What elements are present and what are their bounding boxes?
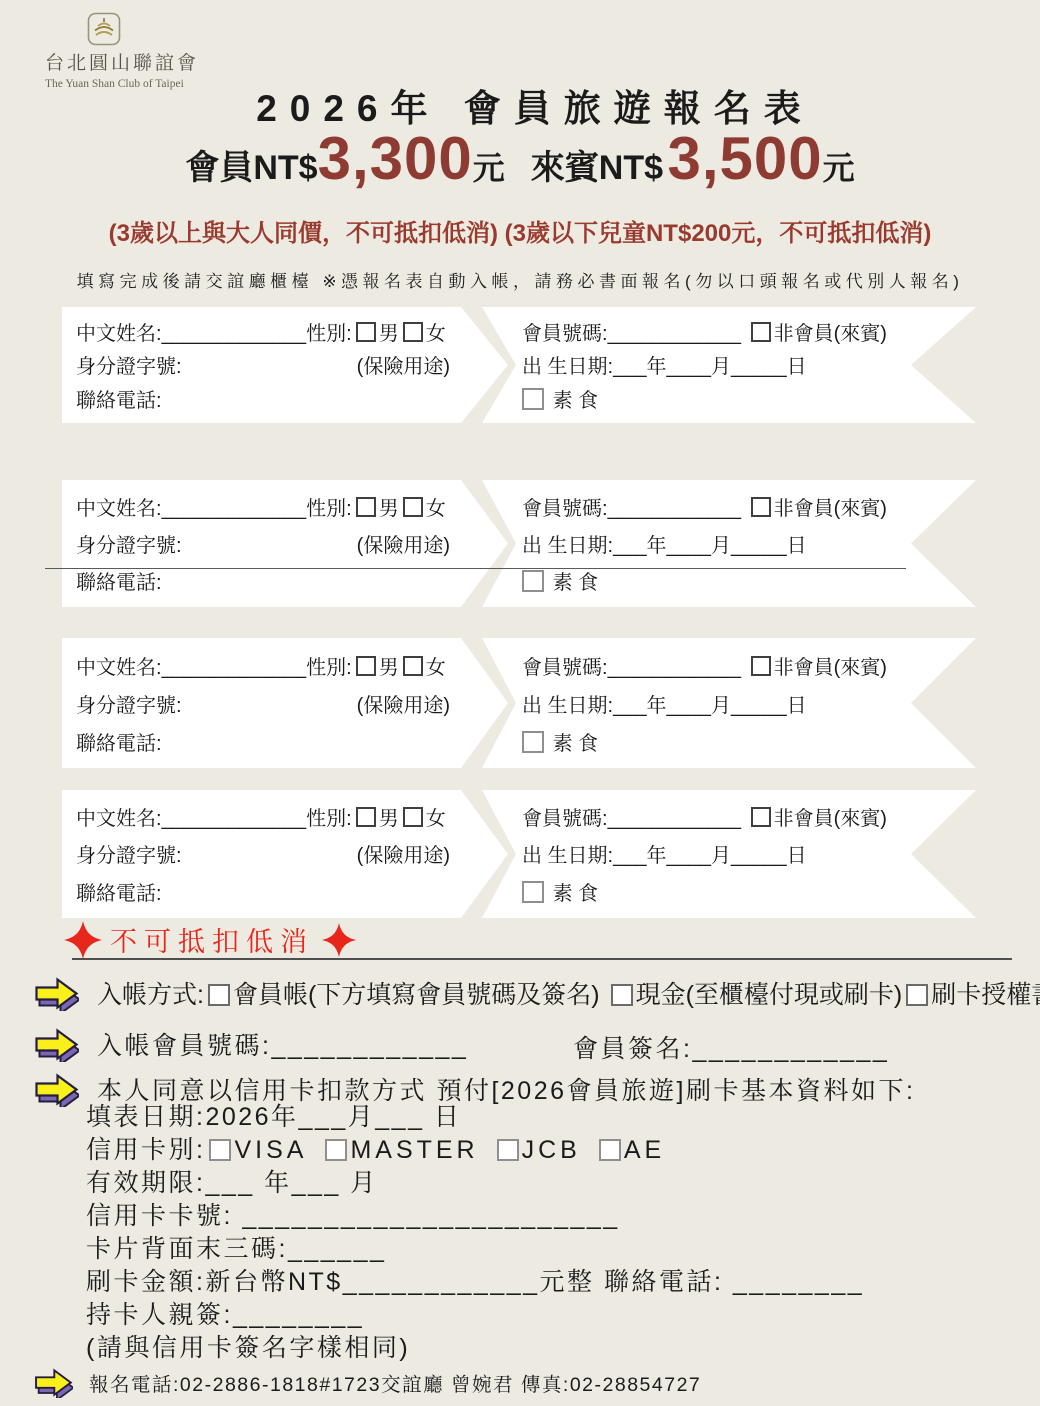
checkbox-nonmember[interactable]	[751, 322, 771, 342]
guest-price-value: 3,500	[667, 125, 822, 192]
checkbox-nonmember[interactable]	[751, 807, 771, 827]
arrow-icon	[33, 1028, 79, 1062]
vegetarian-label: 素 食	[553, 733, 599, 755]
attendee-left-ribbon: 中文姓名:_____________性別:男女 身分證字號:(保險用途) 聯絡電…	[62, 790, 508, 918]
name-label: 中文姓名:	[76, 808, 162, 830]
birth-line: 出 生日期:___年____月_____日	[522, 350, 906, 379]
club-name-chinese: 台北圓山聯誼會	[45, 48, 215, 75]
arrow-icon	[33, 977, 79, 1011]
male-label: 男	[379, 323, 399, 345]
nonmember-label: 非會員(來賓)	[774, 498, 887, 520]
cvv-line: 卡片背面末三碼:______	[86, 1233, 864, 1266]
member-no-line: 會員號碼:____________ 非會員(來賓)	[522, 317, 906, 346]
id-note: (保險用途)	[357, 689, 450, 718]
amount-blank[interactable]: ____________	[343, 1268, 540, 1296]
checkbox-vegetarian[interactable]	[522, 881, 544, 903]
checkbox-cash[interactable]	[611, 984, 633, 1006]
id-label[interactable]: 身分證字號:	[76, 350, 182, 379]
footer-contact: 報名電話:02-2886-1818#1723交誼廳 曾婉君 傳真:02-2885…	[33, 1368, 701, 1398]
fill-date-line[interactable]: 填表日期:2026年___月___ 日	[86, 1101, 864, 1134]
gender-label: 性別:	[306, 657, 352, 679]
signature-note: (請與信用卡簽名字樣相同)	[86, 1332, 864, 1365]
cardholder-signature-label: 持卡人親簽:	[86, 1301, 233, 1329]
attendee-right-ribbon: 會員號碼:____________ 非會員(來賓) 出 生日期:___年____…	[482, 638, 976, 768]
phone-label[interactable]: 聯絡電話:	[76, 733, 162, 755]
name-gender-line: 中文姓名:_____________性別:男女	[76, 317, 450, 346]
name-gender-line: 中文姓名:_____________性別:男女	[76, 802, 450, 831]
visa-label: VISA	[234, 1136, 307, 1164]
name-gender-line: 中文姓名:_____________性別:男女	[76, 651, 450, 680]
registration-form-page: 台北圓山聯誼會 The Yuan Shan Club of Taipei 202…	[0, 0, 1040, 1406]
member-signature-blank[interactable]: ____________	[692, 1035, 889, 1063]
ae-label: AE	[624, 1136, 665, 1164]
checkbox-master[interactable]	[325, 1139, 347, 1161]
name-blank[interactable]: _____________	[162, 808, 307, 830]
member-no-label: 會員號碼:	[522, 498, 608, 520]
attendee-right-ribbon: 會員號碼:____________ 非會員(來賓) 出 生日期:___年____…	[482, 480, 976, 607]
attendee-left-ribbon: 中文姓名:_____________性別:男女 身分證字號:(保險用途) 聯絡電…	[62, 480, 508, 607]
cvv-blank[interactable]: ______	[288, 1235, 386, 1263]
attendee-right-ribbon: 會員號碼:____________ 非會員(來賓) 出 生日期:___年____…	[482, 790, 976, 918]
id-line: 身分證字號:(保險用途)	[76, 839, 450, 868]
vegetarian-label: 素 食	[553, 390, 599, 412]
id-label[interactable]: 身分證字號:	[76, 689, 182, 718]
amount-label: 刷卡金額:新台幣NT$	[86, 1268, 343, 1296]
member-signature-label: 會員簽名:	[573, 1035, 692, 1063]
attendee-row: 中文姓名:_____________性別:男女 身分證字號:(保險用途) 聯絡電…	[0, 790, 1040, 918]
birth-blank[interactable]: ___年____月_____日	[613, 356, 806, 378]
nonmember-label: 非會員(來賓)	[774, 323, 887, 345]
attendee-right-ribbon: 會員號碼:____________ 非會員(來賓) 出 生日期:___年____…	[482, 307, 976, 423]
checkbox-male[interactable]	[356, 807, 376, 827]
member-price-value: 3,300	[318, 125, 473, 192]
name-label: 中文姓名:	[76, 657, 162, 679]
name-blank[interactable]: _____________	[162, 657, 307, 679]
amount-line: 刷卡金額:新台幣NT$____________元整 聯絡電話: ________	[86, 1266, 864, 1299]
attendee-row: 中文姓名:_____________性別:男女 身分證字號:(保險用途) 聯絡電…	[0, 638, 1040, 768]
vegetarian-label: 素 食	[553, 572, 599, 594]
member-no-label: 會員號碼:	[522, 657, 608, 679]
card-number-label: 信用卡卡號:	[86, 1202, 242, 1230]
amount-suffix: 元整 聯絡電話:	[540, 1268, 733, 1296]
birth-blank[interactable]: ___年____月_____日	[613, 535, 806, 557]
row2-divider-line	[45, 568, 906, 569]
payment-method-line: 入帳方式:會員帳(下方填寫會員號碼及簽名) 現金(至櫃檯付現或刷卡)刷卡授權書	[33, 975, 1040, 1011]
member-no-line: 會員號碼:____________ 非會員(來賓)	[522, 492, 906, 521]
no-discount-text: 不可抵扣低消	[110, 920, 314, 959]
cardholder-signature-blank[interactable]: ________	[233, 1301, 364, 1329]
jcb-label: JCB	[522, 1136, 581, 1164]
member-signature: 會員簽名:____________	[573, 1029, 889, 1065]
phone-label[interactable]: 聯絡電話:	[76, 390, 162, 412]
female-label: 女	[426, 323, 446, 345]
card-type-label: 信用卡別:	[86, 1136, 205, 1164]
arrow-icon	[33, 1073, 79, 1107]
name-label: 中文姓名:	[76, 323, 162, 345]
vegetarian-label: 素 食	[553, 883, 599, 905]
name-blank[interactable]: _____________	[162, 498, 307, 520]
checkbox-female[interactable]	[403, 322, 423, 342]
sparkle-icon	[322, 923, 356, 957]
phone-line: 聯絡電話:	[76, 877, 450, 906]
attendee-row: 中文姓名:_____________性別:男女 身分證字號:(保險用途) 聯絡電…	[0, 307, 1040, 423]
checkbox-member-account[interactable]	[208, 984, 230, 1006]
payment-method-text: 入帳方式:會員帳(下方填寫會員號碼及簽名) 現金(至櫃檯付現或刷卡)刷卡授權書	[97, 975, 1040, 1011]
cvv-label: 卡片背面末三碼:	[86, 1235, 288, 1263]
veg-line: 素 食	[522, 384, 906, 413]
cardholder-signature-line: 持卡人親簽:________	[86, 1299, 864, 1332]
member-no-line: 會員號碼:____________ 非會員(來賓)	[522, 802, 906, 831]
name-blank[interactable]: _____________	[162, 323, 307, 345]
credit-card-details: 填表日期:2026年___月___ 日 信用卡別:VISAMASTERJCBAE…	[86, 1101, 864, 1365]
gender-label: 性別:	[306, 498, 352, 520]
phone-line: 聯絡電話:	[76, 384, 450, 413]
female-label: 女	[426, 808, 446, 830]
contact-phone-blank[interactable]: ________	[733, 1268, 864, 1296]
account-number-label: 入帳會員號碼:	[97, 1032, 271, 1060]
veg-line: 素 食	[522, 566, 906, 595]
member-no-blank[interactable]: ____________	[608, 657, 741, 679]
id-label[interactable]: 身分證字號:	[76, 839, 182, 868]
male-label: 男	[379, 808, 399, 830]
attendee-left-ribbon: 中文姓名:_____________性別:男女 身分證字號:(保險用途) 聯絡電…	[62, 638, 508, 768]
price-note-child: (3歲以下兒童NT$200元，不可抵扣低消)	[505, 220, 932, 247]
id-line: 身分證字號:(保險用途)	[76, 689, 450, 718]
nonmember-label: 非會員(來賓)	[774, 808, 887, 830]
member-no-blank[interactable]: ____________	[608, 498, 741, 520]
checkbox-male[interactable]	[356, 497, 376, 517]
id-label[interactable]: 身分證字號:	[76, 529, 182, 558]
birth-label: 出 生日期:	[522, 695, 613, 717]
phone-label[interactable]: 聯絡電話:	[76, 883, 162, 905]
id-note: (保險用途)	[357, 839, 450, 868]
id-line: 身分證字號:(保險用途)	[76, 350, 450, 379]
card-number-line: 信用卡卡號: _______________________	[86, 1200, 864, 1233]
birth-line: 出 生日期:___年____月_____日	[522, 689, 906, 718]
payment-method-label: 入帳方式:	[97, 981, 204, 1009]
birth-line: 出 生日期:___年____月_____日	[522, 529, 906, 558]
member-no-line: 會員號碼:____________ 非會員(來賓)	[522, 651, 906, 680]
birth-label: 出 生日期:	[522, 535, 613, 557]
female-label: 女	[426, 657, 446, 679]
option-card-authorization: 刷卡授權書	[931, 981, 1040, 1009]
checkbox-nonmember[interactable]	[751, 656, 771, 676]
option-member-account: 會員帳(下方填寫會員號碼及簽名)	[233, 981, 600, 1009]
checkbox-jcb[interactable]	[497, 1139, 519, 1161]
checkbox-vegetarian[interactable]	[522, 731, 544, 753]
guest-price-unit: 元	[823, 150, 855, 186]
gender-label: 性別:	[306, 808, 352, 830]
footer-contact-text: 報名電話:02-2886-1818#1723交誼廳 曾婉君 傳真:02-2885…	[89, 1369, 701, 1397]
price-note: (3歲以上與大人同價，不可抵扣低消) (3歲以下兒童NT$200元，不可抵扣低消…	[0, 213, 1040, 248]
birth-label: 出 生日期:	[522, 356, 613, 378]
nonmember-label: 非會員(來賓)	[774, 657, 887, 679]
phone-line: 聯絡電話:	[76, 566, 450, 595]
option-cash: 現金(至櫃檯付現或刷卡)	[636, 981, 903, 1009]
veg-line: 素 食	[522, 727, 906, 756]
phone-line: 聯絡電話:	[76, 727, 450, 756]
female-label: 女	[426, 498, 446, 520]
sparkle-icon	[64, 921, 102, 959]
card-number-blank[interactable]: _______________________	[242, 1202, 619, 1230]
id-line: 身分證字號:(保險用途)	[76, 529, 450, 558]
member-no-label: 會員號碼:	[522, 808, 608, 830]
checkbox-card-authorization[interactable]	[906, 984, 928, 1006]
banner-underline	[72, 958, 1012, 960]
attendee-left-ribbon: 中文姓名:_____________性別:男女 身分證字號:(保險用途) 聯絡電…	[62, 307, 508, 423]
male-label: 男	[379, 498, 399, 520]
birth-blank[interactable]: ___年____月_____日	[613, 695, 806, 717]
card-type-line: 信用卡別:VISAMASTERJCBAE	[86, 1134, 864, 1167]
checkbox-visa[interactable]	[209, 1139, 231, 1161]
checkbox-female[interactable]	[403, 807, 423, 827]
birth-label: 出 生日期:	[522, 845, 613, 867]
gender-label: 性別:	[306, 323, 352, 345]
checkbox-male[interactable]	[356, 656, 376, 676]
checkbox-vegetarian[interactable]	[522, 388, 544, 410]
name-gender-line: 中文姓名:_____________性別:男女	[76, 492, 450, 521]
male-label: 男	[379, 657, 399, 679]
checkbox-female[interactable]	[403, 656, 423, 676]
price-note-adult: (3歲以上與大人同價，不可抵扣低消)	[109, 220, 498, 247]
guest-price-label: 來賓NT$	[531, 149, 663, 187]
club-logo-icon	[87, 12, 121, 46]
veg-line: 素 食	[522, 877, 906, 906]
member-price-unit: 元	[473, 150, 505, 186]
account-number-line: 入帳會員號碼:____________	[33, 1026, 468, 1062]
checkbox-vegetarian[interactable]	[522, 570, 544, 592]
arrow-icon	[33, 1368, 73, 1398]
name-label: 中文姓名:	[76, 498, 162, 520]
member-no-blank[interactable]: ____________	[608, 323, 741, 345]
phone-label[interactable]: 聯絡電話:	[76, 572, 162, 594]
birth-line: 出 生日期:___年____月_____日	[522, 839, 906, 868]
member-price-label: 會員NT$	[185, 149, 317, 187]
attendee-row: 中文姓名:_____________性別:男女 身分證字號:(保險用途) 聯絡電…	[0, 480, 1040, 607]
id-note: (保險用途)	[357, 529, 450, 558]
expiry-line[interactable]: 有效期限:___ 年___ 月	[86, 1167, 864, 1200]
id-note: (保險用途)	[357, 350, 450, 379]
account-number-blank[interactable]: ____________	[271, 1032, 468, 1060]
submit-instruction: 填寫完成後請交誼廳櫃檯 ※憑報名表自動入帳，請務必書面報名(勿以口頭報名或代別人…	[0, 267, 1040, 292]
no-discount-banner: 不可抵扣低消	[64, 920, 356, 959]
price-line: 會員NT$3,300元來賓NT$ 3,500元	[0, 124, 1040, 193]
checkbox-ae[interactable]	[599, 1139, 621, 1161]
master-label: MASTER	[350, 1136, 478, 1164]
birth-blank[interactable]: ___年____月_____日	[613, 845, 806, 867]
member-no-label: 會員號碼:	[522, 323, 608, 345]
checkbox-female[interactable]	[403, 497, 423, 517]
checkbox-nonmember[interactable]	[751, 497, 771, 517]
member-no-blank[interactable]: ____________	[608, 808, 741, 830]
checkbox-male[interactable]	[356, 322, 376, 342]
account-number-text: 入帳會員號碼:____________	[97, 1026, 468, 1062]
